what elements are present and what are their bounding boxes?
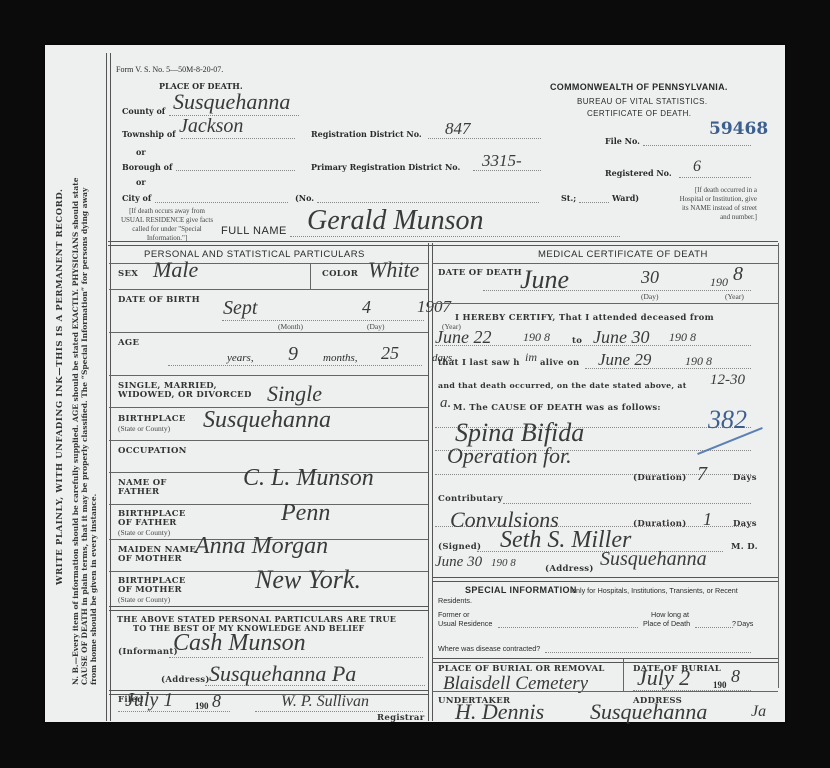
dob-line (222, 320, 424, 321)
father-bp-label-2: OF FATHER (118, 518, 177, 528)
registered-no-line (679, 177, 751, 178)
mother-value: Anna Morgan (195, 533, 328, 560)
marital-value: Single (267, 381, 322, 407)
cause-label: M. The CAUSE OF DEATH was as follows: (453, 403, 661, 413)
duration-value: 7 (697, 463, 707, 486)
street-label: St.; (561, 193, 576, 203)
mother-bp-value: New York. (255, 565, 361, 595)
contrib-duration-label: (Duration) (633, 519, 687, 529)
age-label: AGE (118, 338, 139, 348)
borough-label: Borough of (122, 162, 172, 172)
registered-no-value: 6 (693, 158, 701, 176)
contributory-label: Contributary (438, 494, 503, 504)
full-name-label: FULL NAME (221, 225, 287, 237)
rule (432, 577, 778, 582)
township-label: Township of (122, 129, 176, 139)
signed-date: June 30 (435, 554, 482, 571)
informant-value: Cash Munson (173, 630, 306, 657)
father-bp-caption: (State or County) (118, 528, 170, 537)
occurred-label: and that death occurred, on the date sta… (438, 381, 687, 391)
registered-no-label: Registered No. (605, 168, 672, 178)
former-line (498, 627, 638, 628)
mother-label-2: OF MOTHER (118, 554, 182, 564)
or-1: or (136, 147, 146, 157)
where-label: Where was disease contracted? (438, 644, 540, 653)
how-long-2: Place of Death (643, 619, 690, 628)
dod-year-caption: (Year) (725, 292, 744, 301)
informant-address-label: (Address) (161, 675, 210, 685)
ward-label: Ward) (612, 193, 639, 203)
how-long-value: ? (732, 619, 736, 628)
county-value: Susquehanna (173, 89, 290, 115)
medical-title: MEDICAL CERTIFICATE OF DEATH (538, 249, 708, 260)
file-no-line (643, 145, 751, 146)
age-months-label: months, (323, 352, 358, 364)
mother-bp-label-2: OF MOTHER (118, 585, 182, 595)
death-time: 12-30 (710, 372, 745, 389)
rule (109, 332, 428, 333)
primary-reg-label: Primary Registration District No. (311, 162, 460, 172)
undertaker-address-value: Susquehanna (590, 699, 707, 725)
city-line (155, 202, 288, 203)
where-line (545, 652, 751, 653)
physician-address-label: (Address) (545, 564, 594, 574)
reg-district-label: Registration District No. (311, 129, 422, 139)
header-commonwealth: COMMONWEALTH OF PENNSYLVANIA. (550, 82, 728, 92)
birthplace-value: Susquehanna (203, 407, 331, 434)
color-value: White (368, 257, 419, 283)
father-value: C. L. Munson (243, 465, 374, 492)
city-label: City of (122, 193, 151, 203)
how-long-days: Days (737, 619, 753, 628)
last-saw-date: June 29 (598, 350, 651, 370)
contrib-duration-value: 1 (703, 509, 712, 530)
burial-date-value: July 2 (637, 665, 690, 691)
last-saw-label: that I last saw h (438, 358, 520, 368)
header-certificate: CERTIFICATE OF DEATH. (587, 109, 691, 118)
file-no-value: 59468 (709, 119, 768, 139)
dod-day: 30 (641, 267, 659, 288)
file-no-label: File No. (605, 136, 640, 146)
to-label: to (572, 336, 582, 346)
former-label-2: Usual Residence (438, 619, 492, 628)
rule (109, 440, 428, 441)
hospital-note: [If death occurred in a Hospital or Inst… (673, 186, 757, 222)
mother-bp-caption: (State or County) (118, 595, 170, 604)
rule (109, 504, 428, 505)
dod-month: June (520, 265, 569, 295)
cause-code: 382 (708, 405, 747, 435)
burial-year-prefix: 190 (713, 680, 727, 690)
birthplace-label: BIRTHPLACE (118, 414, 186, 424)
signed-year: 190 8 (491, 557, 516, 569)
father-label-2: FATHER (118, 487, 159, 497)
duration-label: (Duration) (633, 473, 687, 483)
rule (432, 303, 778, 304)
birthplace-caption: (State or County) (118, 424, 170, 433)
dod-year-suffix: 8 (733, 263, 743, 286)
age-years-label: years, (227, 352, 254, 364)
township-line (181, 138, 295, 139)
margin-rule (106, 53, 111, 721)
marital-label-2: WIDOWED, OR DIVORCED (118, 390, 252, 400)
occupation-label: OCCUPATION (118, 446, 187, 456)
attended-from: June 22 (435, 327, 491, 348)
filed-date: July 1 (125, 689, 173, 712)
form-number: Form V. S. No. 5—50M-8-20-07. (116, 65, 223, 74)
rule (623, 659, 624, 691)
primary-reg-value: 3315- (482, 151, 522, 171)
sex-value: Male (153, 257, 198, 283)
attended-to: June 30 (593, 327, 649, 348)
color-label: COLOR (322, 269, 358, 279)
margin-note-3: from home should be given in every insta… (89, 494, 98, 685)
alive-on-label: alive on (540, 358, 580, 368)
filed-year-prefix: 190 (195, 701, 209, 711)
street-no-line (317, 202, 539, 203)
registrar-line (255, 711, 423, 712)
days-label: Days (733, 473, 757, 483)
informant-line (169, 657, 423, 658)
or-2: or (136, 177, 146, 187)
father-bp-value: Penn (281, 500, 330, 527)
rule (432, 658, 778, 663)
rule (109, 375, 428, 376)
md-label: M. D. (731, 542, 758, 552)
header-bureau: BUREAU OF VITAL STATISTICS. (577, 97, 708, 106)
township-value: Jackson (179, 115, 243, 138)
attended-to-year: 190 8 (669, 330, 696, 345)
death-certificate: WRITE PLAINLY, WITH UNFADING INK—THIS IS… (45, 45, 785, 722)
how-long-1: How long at (651, 610, 689, 619)
rule (310, 263, 311, 289)
informant-label: (Informant) (118, 647, 178, 657)
dod-year-prefix: 190 (710, 275, 728, 290)
dob-label: DATE OF BIRTH (118, 295, 200, 305)
dob-year: 1907 (417, 297, 451, 317)
reg-district-value: 847 (445, 119, 471, 139)
rule (432, 263, 778, 264)
street-no-label: (No. (295, 193, 314, 203)
certify-text: I HEREBY CERTIFY, That I attended deceas… (455, 313, 714, 323)
how-long-line (695, 627, 733, 628)
special-title-rest: only for Hospitals, Institutions, Transi… (438, 586, 758, 606)
dob-month: Sept (223, 297, 257, 320)
dod-day-caption: (Day) (641, 292, 659, 301)
dob-day: 4 (362, 297, 371, 318)
registrar-name: W. P. Sullivan (281, 693, 369, 711)
undertaker-value: H. Dennis (455, 699, 544, 725)
burial-year-suffix: 8 (731, 666, 740, 687)
ward-line (579, 202, 609, 203)
dob-month-caption: (Month) (278, 322, 303, 331)
signed-label: (Signed) (438, 542, 481, 552)
sex-label: SEX (118, 269, 138, 279)
rule (109, 606, 428, 611)
contrib-days-label: Days (733, 519, 757, 529)
table-top-rule (108, 241, 778, 246)
dob-day-caption: (Day) (367, 322, 385, 331)
away-note: [If death occurs away from USUAL RESIDEN… (117, 207, 217, 243)
age-months: 9 (288, 343, 298, 366)
margin-note-2: CAUSE OF DEATH in plain terms, that it m… (80, 188, 89, 685)
margin-note-1: N. B.—Every item of information should b… (71, 178, 80, 686)
rule (109, 289, 428, 290)
last-saw-year: 190 8 (685, 354, 712, 369)
clerk-initials: Ja (751, 703, 766, 721)
age-days: 25 (381, 343, 399, 364)
cause-line2-value: Operation for. (447, 443, 572, 469)
attended-from-year: 190 8 (523, 330, 550, 345)
full-name-value: Gerald Munson (307, 205, 484, 237)
right-border (778, 243, 779, 688)
county-label: County of (122, 106, 165, 116)
last-saw-pronoun: im (525, 350, 537, 365)
borough-line (176, 170, 295, 171)
informant-address-value: Susquehanna Pa (209, 661, 356, 687)
contributory-line (503, 503, 751, 504)
rule (432, 691, 778, 692)
dod-label: DATE OF DEATH (438, 268, 522, 278)
former-label-1: Former or (438, 610, 470, 619)
registrar-label: Registrar (377, 713, 425, 723)
filed-year-suffix: 8 (212, 691, 221, 712)
margin-warning: WRITE PLAINLY, WITH UNFADING INK—THIS IS… (55, 188, 65, 585)
physician-address-value: Susquehanna (600, 548, 707, 571)
death-ampm: a. (440, 395, 451, 412)
